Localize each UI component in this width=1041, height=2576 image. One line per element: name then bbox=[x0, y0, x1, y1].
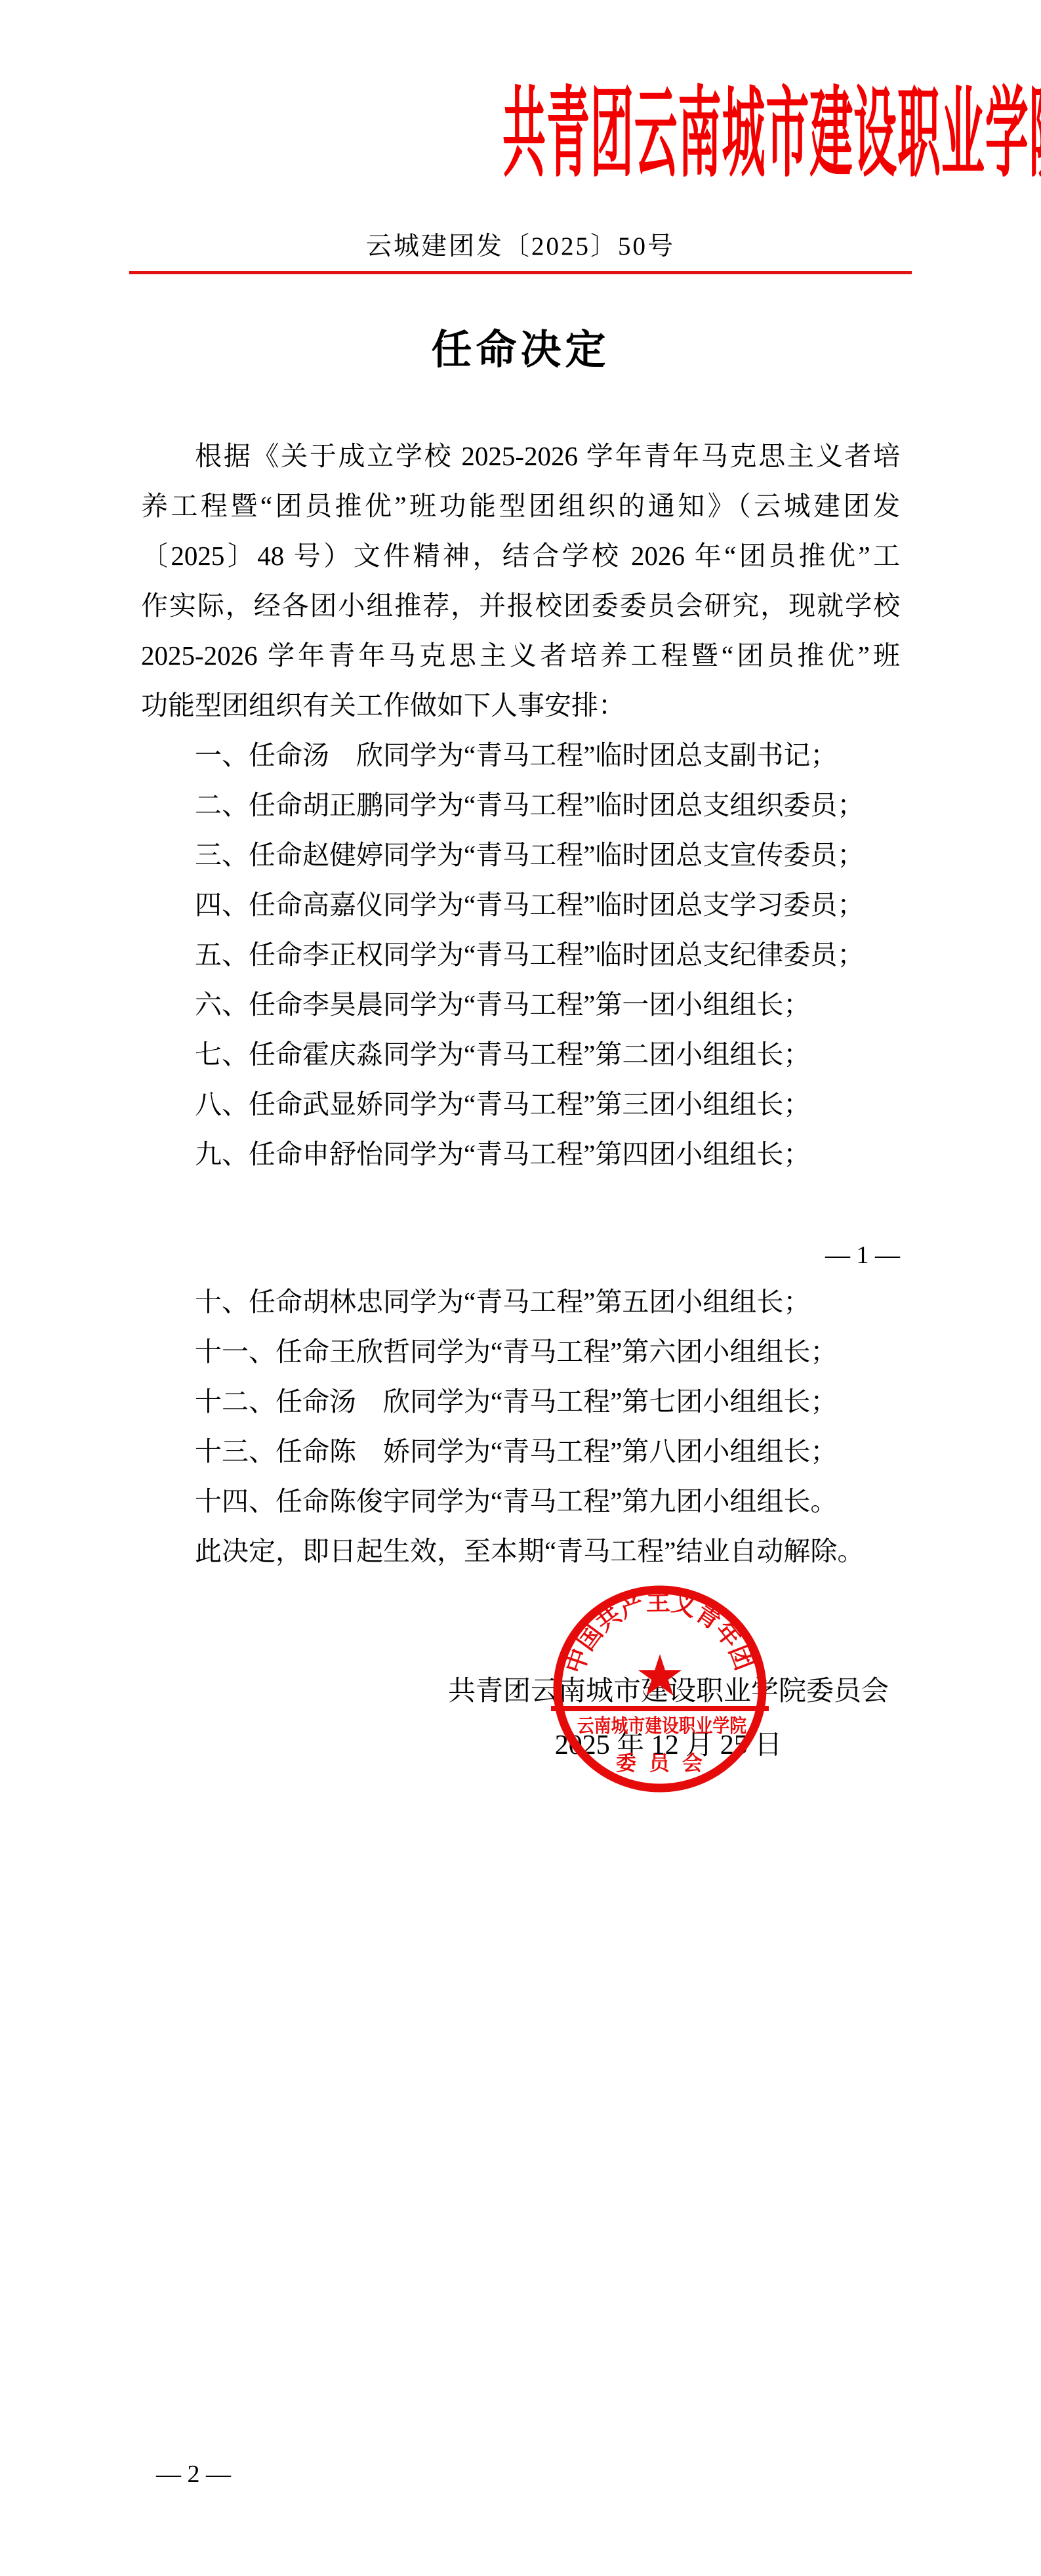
paragraph-line: 功能型团组织有关工作做如下人事安排： bbox=[141, 680, 900, 730]
appointment-item: 九、任命申舒怡同学为“青马工程”第四团小组组长； bbox=[141, 1129, 900, 1179]
appointment-item: 七、任命霍庆淼同学为“青马工程”第二团小组组长； bbox=[141, 1029, 900, 1079]
appointment-item: 四、任命高嘉仪同学为“青马工程”临时团总支学习委员； bbox=[141, 880, 900, 930]
page-title: 任命决定 bbox=[0, 324, 1041, 377]
appointment-item: 一、任命汤 欣同学为“青马工程”临时团总支副书记； bbox=[141, 730, 900, 780]
paragraph-line: 〔2025〕48 号）文件精神，结合学校 2026 年“团员推优”工 bbox=[141, 531, 900, 581]
appointment-item: 十二、任命汤 欣同学为“青马工程”第七团小组组长； bbox=[141, 1377, 900, 1426]
closing-line: 此决定，即日起生效，至本期“青马工程”结业自动解除。 bbox=[141, 1526, 900, 1576]
paragraph-line: 2025-2026 学年青年马克思主义者培养工程暨“团员推优”班 bbox=[141, 631, 900, 680]
official-seal: 中国共产主义青年团 云南城市建设职业学院 委员会 bbox=[548, 1577, 771, 1800]
paragraph-line: 根据《关于成立学校 2025-2026 学年青年马克思主义者培 bbox=[141, 431, 900, 481]
appointment-item: 十、任命胡林忠同学为“青马工程”第五团小组组长； bbox=[141, 1277, 900, 1327]
seal-strike-line bbox=[551, 1706, 769, 1711]
appointment-item: 六、任命李昊晨同学为“青马工程”第一团小组组长； bbox=[141, 980, 900, 1029]
paragraph-line: 作实际，经各团小组推荐，并报校团委委员会研究，现就学校 bbox=[141, 581, 900, 631]
org-title: 共青团云南城市建设职业学院委员会文件 bbox=[502, 82, 1041, 187]
document-page: 共青团云南城市建设职业学院委员会文件 云城建团发〔2025〕50号 任命决定 根… bbox=[0, 0, 1041, 2576]
appointment-item: 十四、任命陈俊宇同学为“青马工程”第九团小组组长。 bbox=[141, 1476, 900, 1526]
red-rule-divider bbox=[129, 271, 912, 274]
appointment-item: 五、任命李正权同学为“青马工程”临时团总支纪律委员； bbox=[141, 930, 900, 980]
appointment-item: 八、任命武显娇同学为“青马工程”第三团小组组长； bbox=[141, 1079, 900, 1129]
star-icon bbox=[638, 1654, 682, 1695]
appointment-item: 二、任命胡正鹏同学为“青马工程”临时团总支组织委员； bbox=[141, 780, 900, 830]
page-number-1: — 1 — bbox=[790, 1230, 935, 1280]
seal-committee-label: 委员会 bbox=[616, 1752, 703, 1775]
masthead: 共青团云南城市建设职业学院委员会文件 bbox=[0, 82, 1041, 187]
page-number-2: — 2 — bbox=[121, 2449, 266, 2499]
seal-school-name: 云南城市建设职业学院 bbox=[577, 1715, 746, 1737]
doc-number: 云城建团发〔2025〕50号 bbox=[0, 227, 1041, 266]
appointment-item: 十三、任命陈 娇同学为“青马工程”第八团小组组长； bbox=[141, 1426, 900, 1476]
appointment-item: 十一、任命王欣哲同学为“青马工程”第六团小组组长； bbox=[141, 1327, 900, 1377]
appointment-item: 三、任命赵健婷同学为“青马工程”临时团总支宣传委员； bbox=[141, 830, 900, 880]
paragraph-line: 养工程暨“团员推优”班功能型团组织的通知》（云城建团发 bbox=[141, 481, 900, 531]
